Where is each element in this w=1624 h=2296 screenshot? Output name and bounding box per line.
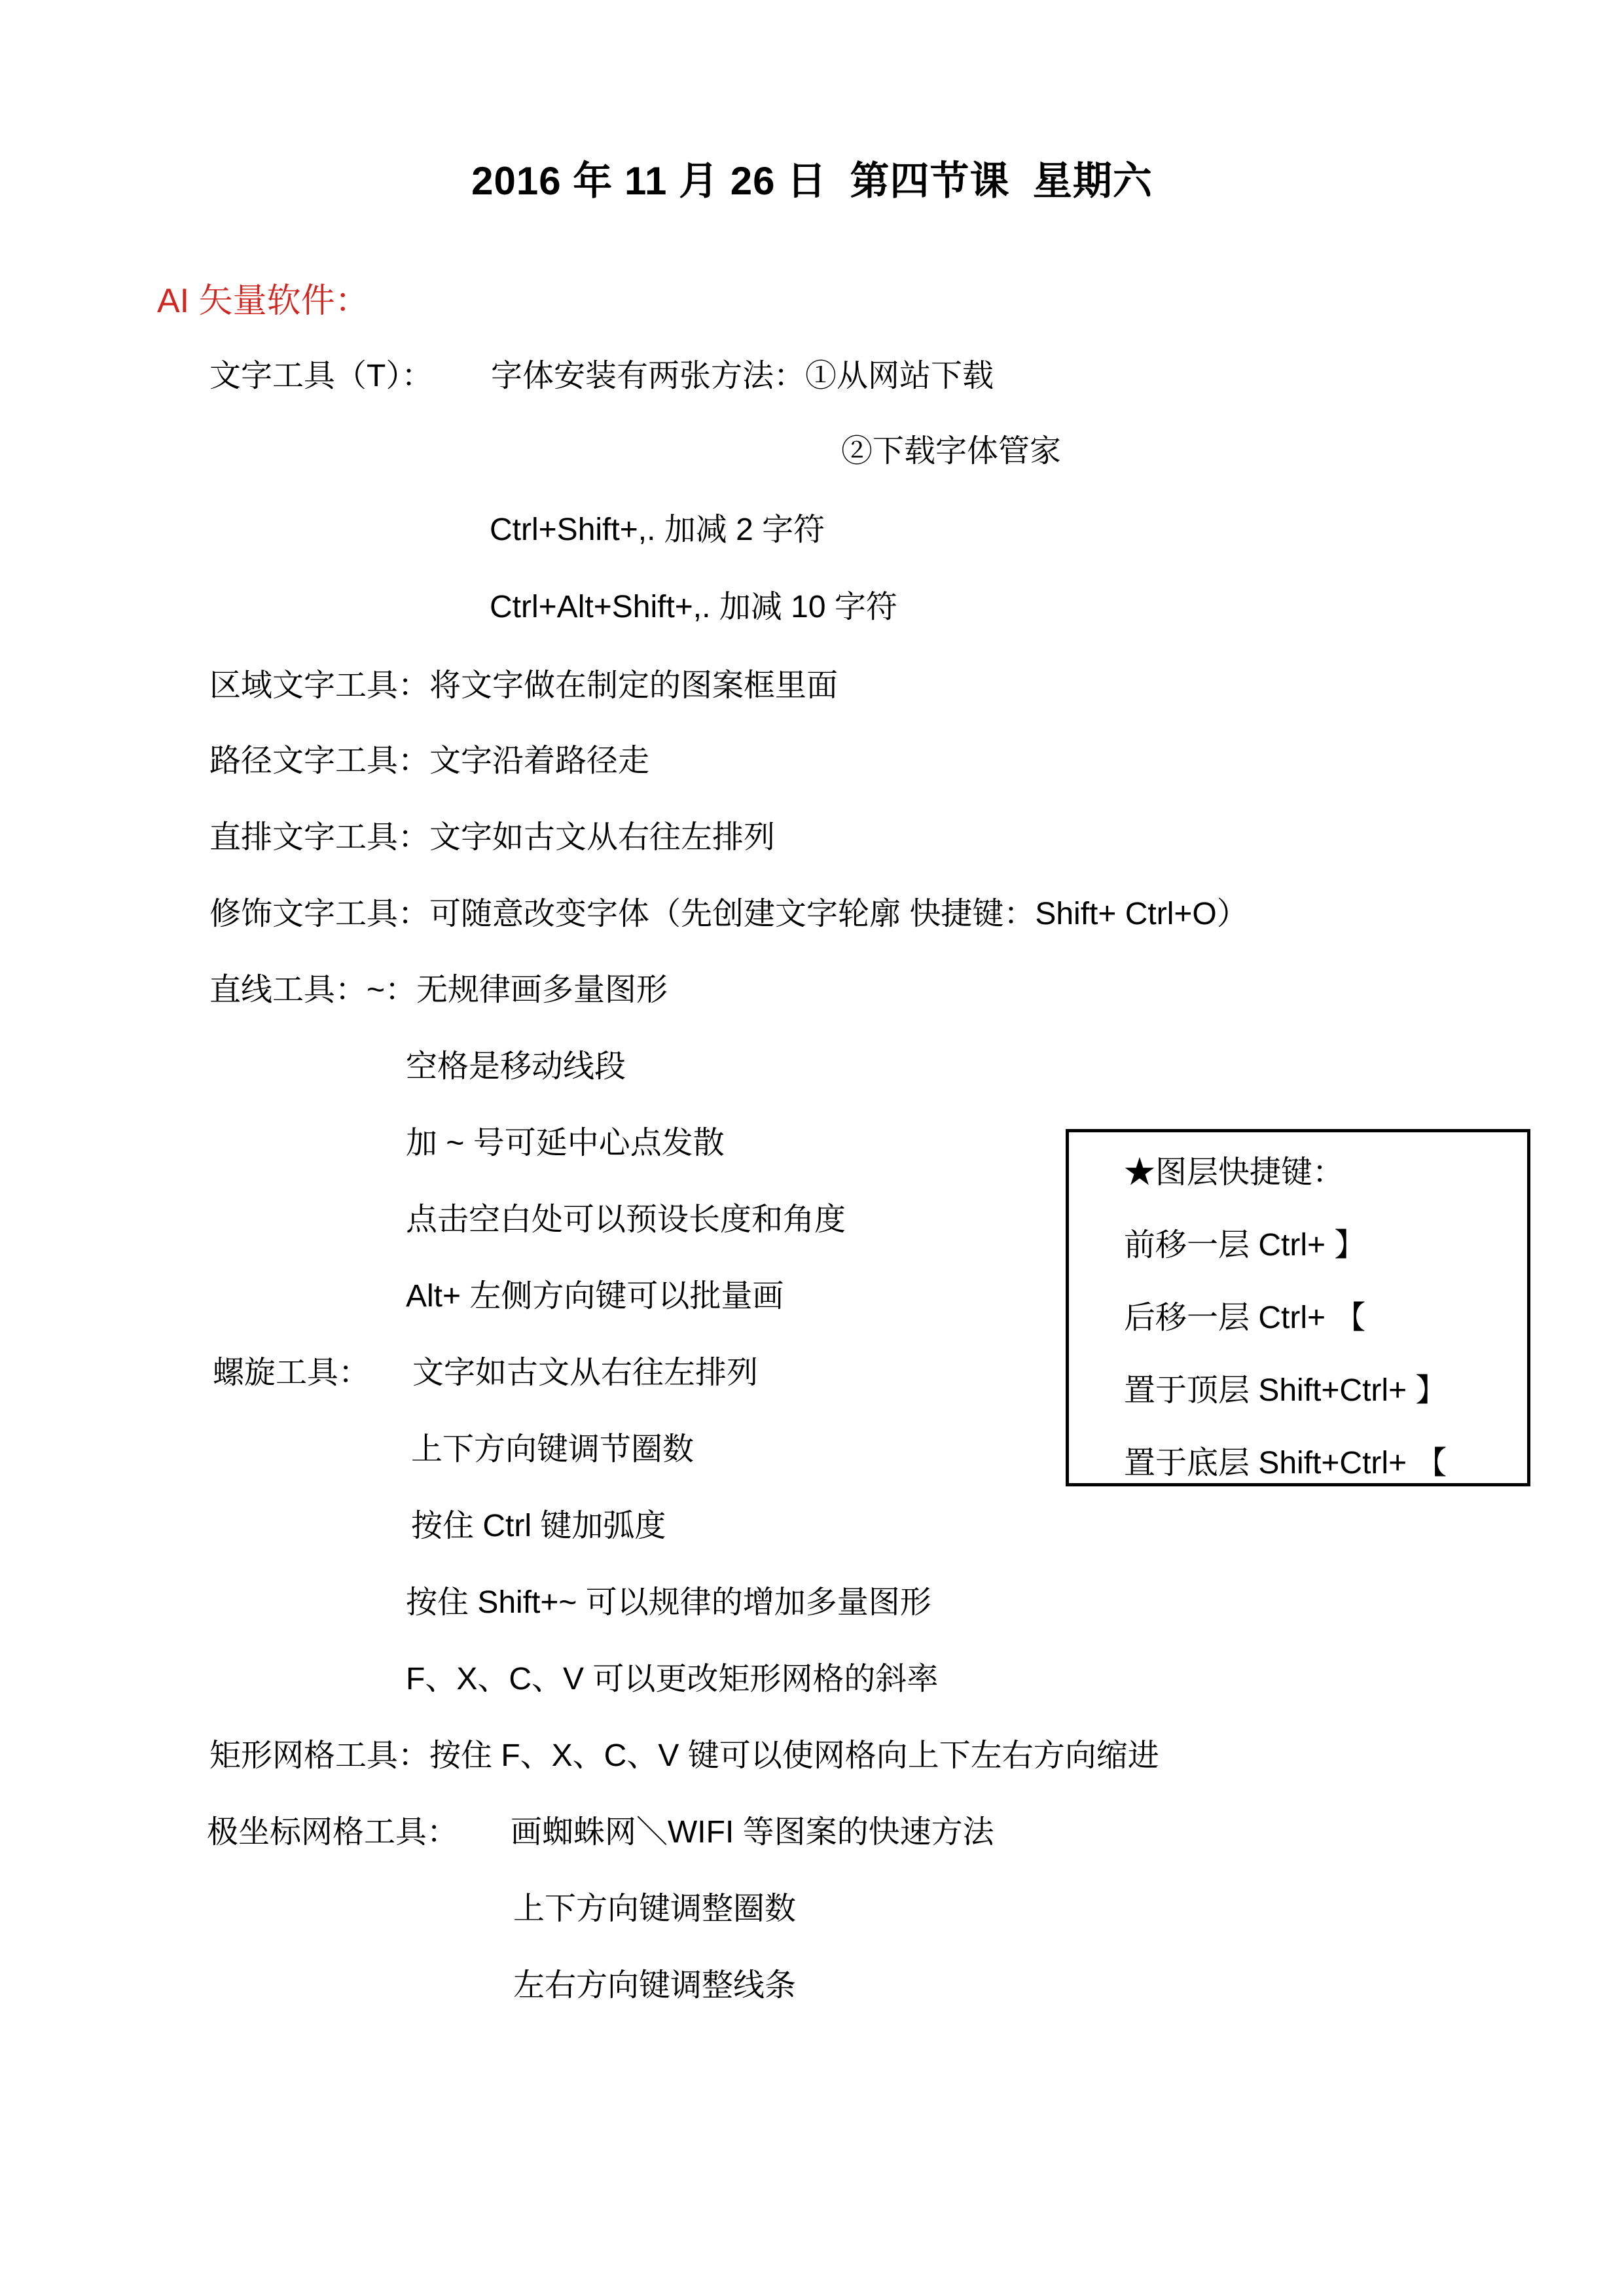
page-title: 2016 年 11 月 26 日 第四节课 星期六	[0, 150, 1624, 206]
layer-shortcuts-box: ★图层快捷键： 前移一层 Ctrl+ 】 后移一层 Ctrl+ 【 置于顶层 S…	[1066, 1129, 1530, 1486]
note-line: 左右方向键调整线条	[513, 1966, 796, 2005]
note-line: Ctrl+Alt+Shift+,. 加减 10 字符	[490, 588, 897, 627]
tool-name-label: 螺旋工具：	[213, 1354, 412, 1393]
note-line: 修饰文字工具：可随意改变字体（先创建文字轮廓 快捷键：Shift+ Ctrl+O…	[209, 895, 1248, 934]
shortcut-item: 置于顶层 Shift+Ctrl+ 】	[1124, 1371, 1447, 1410]
note-line: 上下方向键调整圈数	[513, 1890, 796, 1929]
note-line: 矩形网格工具：按住 F、X、C、V 键可以使网格向上下左右方向缩进	[209, 1736, 1159, 1776]
section-heading: AI 矢量软件：	[157, 280, 369, 322]
note-line: 加 ~ 号可延中心点发散	[406, 1124, 725, 1163]
tool-note-text: 画蜘蛛网＼WIFI 等图案的快速方法	[511, 1815, 994, 1850]
note-line: 文字工具（T）：字体安装有两张方法：①从网站下载	[209, 357, 994, 396]
note-line: 上下方向键调节圈数	[411, 1430, 694, 1469]
note-line: 按住 Ctrl 键加弧度	[411, 1507, 666, 1546]
shortcut-item: 后移一层 Ctrl+ 【	[1124, 1299, 1365, 1338]
shortcut-box-title: ★图层快捷键：	[1124, 1153, 1344, 1193]
note-line: ②下载字体管家	[841, 432, 1061, 471]
tool-note-text: 文字如古文从右往左排列	[412, 1355, 758, 1390]
note-line: Alt+ 左侧方向键可以批量画	[406, 1277, 784, 1316]
note-line: F、X、C、V 可以更改矩形网格的斜率	[406, 1660, 938, 1699]
note-line: 极坐标网格工具：画蜘蛛网＼WIFI 等图案的快速方法	[207, 1813, 994, 1852]
note-line: Ctrl+Shift+,. 加减 2 字符	[490, 511, 825, 550]
tool-name-label: 极坐标网格工具：	[207, 1813, 511, 1852]
note-line: 区域文字工具：将文字做在制定的图案框里面	[209, 666, 838, 706]
note-line: 点击空白处可以预设长度和角度	[406, 1200, 846, 1240]
note-line: 螺旋工具：文字如古文从右往左排列	[213, 1354, 758, 1393]
note-line: 按住 Shift+~ 可以规律的增加多量图形	[406, 1583, 931, 1623]
tool-name-label: 文字工具（T）：	[209, 357, 491, 396]
tool-note-text: 字体安装有两张方法：①从网站下载	[491, 359, 994, 393]
shortcut-item: 前移一层 Ctrl+ 】	[1124, 1226, 1365, 1265]
note-line: 路径文字工具：文字沿着路径走	[209, 742, 649, 781]
note-line: 直线工具：~：无规律画多量图形	[209, 971, 668, 1010]
note-line: 空格是移动线段	[406, 1047, 626, 1086]
shortcut-item: 置于底层 Shift+Ctrl+ 【	[1124, 1444, 1447, 1483]
note-line: 直排文字工具：文字如古文从右往左排列	[209, 818, 775, 857]
document-page: 2016 年 11 月 26 日 第四节课 星期六 AI 矢量软件： 文字工具（…	[0, 0, 1624, 2296]
